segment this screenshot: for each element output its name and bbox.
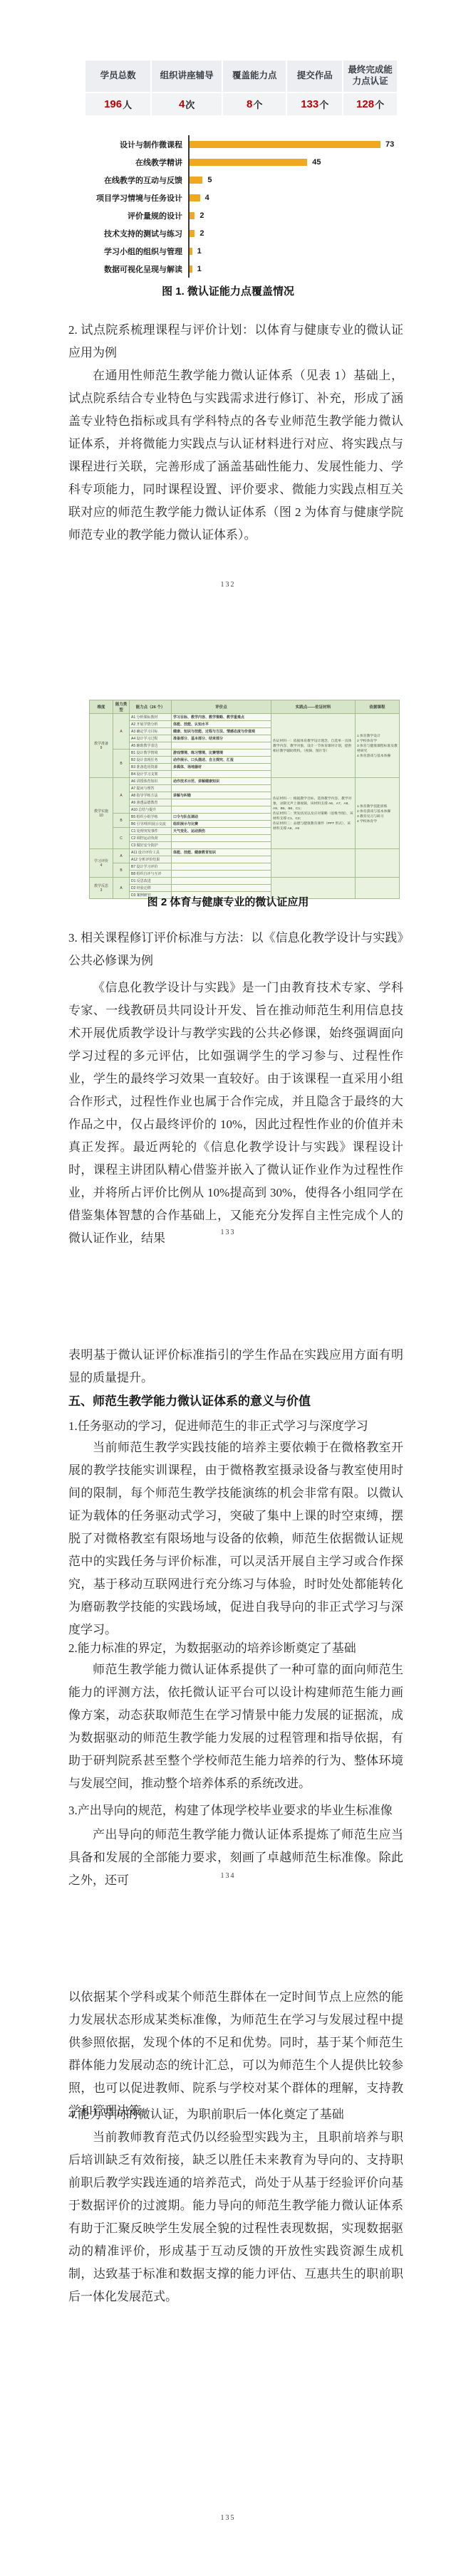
chart-bar-track: 2 xyxy=(188,206,413,224)
chart-bar-value: 1 xyxy=(197,247,202,256)
section2-heading: 2. 试点院系梳理课程与评价计划：以体育与健康专业的微认证应用为例 xyxy=(68,319,403,364)
fig2-cell-point: A12 分析评价结果 xyxy=(130,856,172,863)
stat-number: 196 xyxy=(104,98,122,110)
chart-bar-value: 73 xyxy=(385,140,394,149)
stat-header: 学员总数 xyxy=(85,61,150,92)
fig2-cell-eval xyxy=(172,878,271,885)
chart-bar xyxy=(190,159,307,166)
stat-column: 最终完成能力点认证 128个 xyxy=(343,61,397,115)
stat-unit: 个 xyxy=(375,98,384,111)
fig2-cell-courses: 1 体育教学设计 2 学校体育学 3 体育与健康课程标准及教材研究 4 体育游戏… xyxy=(356,714,400,778)
fig2-cell-point: B2 设计表现任务 xyxy=(130,757,172,764)
chart-bar-track: 1 xyxy=(188,242,413,260)
fig2-header-type: 能力类型 xyxy=(113,700,130,714)
stat-unit: 次 xyxy=(185,98,195,111)
chart-bar xyxy=(190,194,200,201)
chart-bar-track: 2 xyxy=(188,224,413,242)
chart-row: 在线教学的互动与反馈5 xyxy=(43,171,413,189)
fig2-header-point: 能力点（26 个） xyxy=(130,700,172,714)
section5-heading: 五、师范生教学能力微认证体系的意义与价值 xyxy=(68,1390,403,1413)
chart-bar-value: 45 xyxy=(312,158,321,167)
fig2-cell-point: A2 开展学情分析 xyxy=(130,721,172,728)
stat-header: 提交作品 xyxy=(287,61,342,92)
fig2-cell-point: B7 设计学习评价 xyxy=(130,863,172,871)
chart-bar-value: 2 xyxy=(199,229,204,238)
fig2-cell-dim: 教学准备 9 xyxy=(90,714,113,778)
fig2-cell-point: B6 引导/组织展示交流 xyxy=(130,821,172,828)
chart-category-label: 评价量规的设计 xyxy=(43,210,188,221)
subsection4-heading: 4.能力导向的微认证，为职前职后一体化奠定了基础 xyxy=(68,2103,403,2126)
chart-row: 评价量规的设计2 xyxy=(43,206,413,224)
chart-bar-track: 1 xyxy=(188,260,413,278)
fig2-cell-eval xyxy=(172,799,271,806)
chart-category-label: 在线教学精讲 xyxy=(43,157,188,168)
fig2-cell-type: B xyxy=(113,750,130,778)
fig2-cell-point: A10 总结与提升 xyxy=(130,806,172,814)
chart-bar xyxy=(190,248,192,255)
chart-bar-value: 4 xyxy=(205,194,209,202)
fig2-cell-point: D1 反思改进 xyxy=(130,878,172,885)
stat-header: 组织讲座辅导 xyxy=(152,61,222,92)
fig2-cell-eval: 准备部分、基本部分、结束部分 xyxy=(172,735,271,742)
chart-category-label: 项目学习情境与任务设计 xyxy=(43,192,188,204)
page-number-135: 135 xyxy=(0,2514,456,2522)
fig2-cell-material: 佐证材料一：依据体育教学设计理念，自选单一具体教学内容、教学对象，设计一节体育课… xyxy=(271,714,356,778)
fig2-cell-point: C1 处理突发事件 xyxy=(130,828,172,835)
stat-value: 133个 xyxy=(287,93,342,115)
fig2-cell-point: B5 组织小组学练 xyxy=(130,814,172,821)
fig2-cell-type: B xyxy=(113,814,130,828)
fig2-cell-point: A8 指导学练方法 xyxy=(130,792,172,799)
stat-number: 8 xyxy=(247,98,252,110)
fig2-cell-eval: 讲解与纠错 xyxy=(172,792,271,799)
fig2-cell-eval: 动作技术示范、讲解健康知识 xyxy=(172,778,271,785)
chart-row: 数据可视化呈现与解读1 xyxy=(43,260,413,278)
document-page: 学员总数 196人 组织讲座辅导 4次 覆盖能力点 8个 提交作品 133个 最… xyxy=(0,0,456,2576)
stat-column: 学员总数 196人 xyxy=(85,61,150,115)
fig2-cell-point: A3 确定学习目标 xyxy=(130,728,172,735)
summary-stats-table: 学员总数 196人 组织讲座辅导 4次 覆盖能力点 8个 提交作品 133个 最… xyxy=(85,61,397,115)
fig2-cell-type: C xyxy=(113,828,130,849)
fig2-cell-point: C2 调控运动负荷 xyxy=(130,835,172,842)
fig2-cell-type: A xyxy=(113,714,130,750)
stat-number: 128 xyxy=(356,98,374,110)
fig2-cell-eval xyxy=(172,835,271,842)
chart-bar-track: 45 xyxy=(188,153,413,171)
chart-row: 在线教学精讲45 xyxy=(43,153,413,171)
figure1-caption: 图 1. 微认证能力点覆盖情况 xyxy=(0,283,456,298)
fig2-cell-eval: 组织展示与比赛 xyxy=(172,821,271,828)
fig2-cell-type: A xyxy=(113,849,130,863)
section3-paragraph: 《信息化教学设计与实践》是一门由教育技术专家、学科专家、一线教研员共同设计开发、… xyxy=(68,977,403,1250)
fig2-cell-eval xyxy=(172,885,271,892)
fig2-cell-courses: 1 体育教学技能训练 2 体育游戏与基本体操 3 教育见习与研习 4 学校体育学 xyxy=(356,778,400,849)
subsection3-paragraph: 产出导向的师范生教学能力微认证体系提炼了师范生应当具备和发展的全部能力要求，刻画… xyxy=(68,1824,403,1892)
fig2-cell-eval: 口令与队伍调动 xyxy=(172,814,271,821)
fig2-cell-point: B1 设计教学情境 xyxy=(130,750,172,757)
fig2-cell-point: A1 分析课标教材 xyxy=(130,714,172,721)
fig2-cell-eval xyxy=(172,785,271,792)
fig2-cell-point: B3 准备选用资源 xyxy=(130,764,172,771)
fig2-cell-eval xyxy=(172,856,271,863)
stat-unit: 人 xyxy=(123,98,132,111)
chart-bar xyxy=(190,141,380,148)
fig2-cell-point: A6 讲授体育知识 xyxy=(130,778,172,785)
chart-bar-track: 4 xyxy=(188,189,413,206)
fig2-cell-material xyxy=(271,849,356,878)
bar-chart-figure1: 设计与制作微课程73在线教学精讲45在线教学的互动与反馈5项目学习情境与任务设计… xyxy=(43,135,413,278)
fig2-cell-type: A xyxy=(113,778,130,814)
fig2-cell-eval: 健康、知识与技能、过程与方法、情感态度与价值观 xyxy=(172,728,271,735)
stat-number: 4 xyxy=(179,98,185,110)
chart-bar xyxy=(190,266,192,273)
subsection4-paragraph: 当前教师教育范式仍以经验型实践为主，且职前培养与职后培训缺乏有效衔接，缺乏以胜任… xyxy=(68,2126,403,2308)
fig2-row: 教学实施 10AA6 讲授体育知识动作技术示范、讲解健康知识佐证材料一：根据教学… xyxy=(90,778,400,785)
fig2-cell-point: A4 设计学习过程 xyxy=(130,735,172,742)
subsection1-heading: 1.任务驱动的学习，促进师范生的非正式学习与深度学习 xyxy=(68,1415,403,1438)
chart-row: 项目学习情境与任务设计4 xyxy=(43,189,413,206)
fig2-cell-point: B4 设计学习支架 xyxy=(130,771,172,778)
subsection2-paragraph: 师范生教学能力微认证体系提供了一种可靠的面向师范生能力的评测方法，依托微认证平台… xyxy=(68,1658,403,1795)
chart-row: 设计与制作微课程73 xyxy=(43,135,413,153)
fig2-cell-point: A9 渗透品德教育 xyxy=(130,799,172,806)
chart-bar xyxy=(190,212,195,219)
fig2-cell-eval: 天气变化、运动损伤 xyxy=(172,828,271,835)
section2-paragraph: 在通用性师范生教学能力微认证体系（见表 1）基础上，试点院系结合专业特色与实践需… xyxy=(68,364,403,547)
fig2-cell-eval xyxy=(172,863,271,871)
chart-category-label: 数据可视化呈现与解读 xyxy=(43,263,188,275)
fig2-cell-dim: 教学实施 10 xyxy=(90,778,113,849)
chart-category-label: 技术支持的测试与练习 xyxy=(43,228,188,239)
fig2-cell-eval xyxy=(172,742,271,750)
chart-row: 技术支持的测试与练习2 xyxy=(43,224,413,242)
subsection3-heading: 3.产出导向的规范，构建了体现学校毕业要求的毕业生标准像 xyxy=(68,1799,403,1822)
fig2-cell-point: A5 辅助教学表达 xyxy=(130,742,172,750)
bar-chart-rows: 设计与制作微课程73在线教学精讲45在线教学的互动与反馈5项目学习情境与任务设计… xyxy=(43,135,413,278)
fig2-header-courses: 依据课程 xyxy=(356,700,400,714)
fig2-cell-eval: 动作展示、口头描述、自主探究、汇报 xyxy=(172,757,271,764)
chart-category-label: 学习小组的组织与管理 xyxy=(43,246,188,257)
fig2-cell-point: C3 做好安全防护 xyxy=(130,842,172,849)
fig2-row: 学习评价 4AA11 设计评价工具体能、技能、健康教育知识 xyxy=(90,849,400,856)
section3-heading: 3. 相关课程修订评价标准与方法：以《信息化教学设计与实践》公共必修课为例 xyxy=(68,927,403,972)
fig2-cell-eval: 多媒体、场地器材 xyxy=(172,764,271,771)
chart-bar-track: 5 xyxy=(188,171,413,189)
fig2-row: 教学反思 3AD1 反思改进 xyxy=(90,878,400,885)
stat-value: 4次 xyxy=(152,93,222,115)
stat-value: 128个 xyxy=(343,93,397,115)
fig2-cell-dim: 学习评价 4 xyxy=(90,849,113,878)
page-number-134: 134 xyxy=(0,1872,456,1880)
chart-row: 学习小组的组织与管理1 xyxy=(43,242,413,260)
subsection1-paragraph: 当前师范生教学实践技能的培养主要依赖于在微格教室开展的教学技能实训课程，由于微格… xyxy=(68,1436,403,1641)
chart-bar-value: 2 xyxy=(199,211,204,220)
stat-value: 8个 xyxy=(223,93,286,115)
chart-bar-value: 1 xyxy=(197,265,202,273)
chart-category-label: 在线教学的互动与反馈 xyxy=(43,174,188,186)
fig2-cell-eval: 学习目标、教学内容、教学策略、教学重难点 xyxy=(172,714,271,721)
fig2-cell-point: D2 经验迁移 xyxy=(130,885,172,892)
fig2-cell-eval xyxy=(172,842,271,849)
subsection2-heading: 2.能力标准的界定，为数据驱动的培养诊断奠定了基础 xyxy=(68,1637,403,1660)
chart-bar xyxy=(190,177,202,184)
paragraph-continuation: 表明基于微认证评价标准指引的学生作品在实践应用方面有明显的质量提升。 xyxy=(68,1344,403,1389)
stat-unit: 个 xyxy=(253,98,262,111)
fig2-cell-point: A7 提问与理答 xyxy=(130,785,172,792)
fig2-cell-material: 佐证材料一：根据教学目标，选择教学内容、教学对象，录制无声上课视频，该材料支撑 … xyxy=(271,778,356,849)
stat-number: 133 xyxy=(301,98,318,110)
fig2-cell-type: B xyxy=(113,863,130,878)
fig2-cell-eval xyxy=(172,871,271,878)
fig2-cell-eval: 游戏情境、练习情境、比赛情境 xyxy=(172,750,271,757)
stat-column: 覆盖能力点 8个 xyxy=(223,61,286,115)
chart-bar-track: 73 xyxy=(188,135,413,153)
chart-bar-value: 5 xyxy=(207,176,212,184)
fig2-cell-eval xyxy=(172,771,271,778)
page-number-133: 133 xyxy=(0,1229,456,1236)
fig2-header-material: 实践点——佐证材料 xyxy=(271,700,356,714)
stat-column: 提交作品 133个 xyxy=(287,61,342,115)
stat-header: 最终完成能力点认证 xyxy=(343,61,397,92)
fig2-row: 教学准备 9AA1 分析课标教材学习目标、教学内容、教学策略、教学重难点佐证材料… xyxy=(90,714,400,721)
fig2-cell-courses xyxy=(356,849,400,878)
chart-category-label: 设计与制作微课程 xyxy=(43,139,188,150)
stat-column: 组织讲座辅导 4次 xyxy=(152,61,222,115)
page-number-132: 132 xyxy=(0,581,456,589)
stat-value: 196人 xyxy=(85,93,150,115)
figure2-caption: 图 2 体育与健康专业的微认证应用 xyxy=(0,894,456,909)
fig2-cell-point: B8 组织自评与互评 xyxy=(130,871,172,878)
stat-unit: 个 xyxy=(319,98,328,111)
stat-header: 覆盖能力点 xyxy=(223,61,286,92)
figure2-table: 维度 能力类型 能力点（26 个） 评价点 实践点——佐证材料 依据课程 教学准… xyxy=(89,700,399,899)
fig2-cell-eval xyxy=(172,806,271,814)
fig2-header-eval: 评价点 xyxy=(172,700,271,714)
chart-bar xyxy=(190,230,195,237)
subsection3-paragraph-continuation: 以依据某个学科或某个师范生群体在一定时间节点上应然的能力发展状态形成某类标准像，… xyxy=(68,1986,403,2123)
fig2-cell-eval: 体能、技能、健康教育知识 xyxy=(172,849,271,856)
micro-certification-table: 维度 能力类型 能力点（26 个） 评价点 实践点——佐证材料 依据课程 教学准… xyxy=(89,700,400,899)
fig2-cell-eval: 体能、技能、认知水平 xyxy=(172,721,271,728)
fig2-cell-point: A11 设计评价工具 xyxy=(130,849,172,856)
fig2-header-row: 维度 能力类型 能力点（26 个） 评价点 实践点——佐证材料 依据课程 xyxy=(90,700,400,714)
fig2-header-dimension: 维度 xyxy=(90,700,113,714)
